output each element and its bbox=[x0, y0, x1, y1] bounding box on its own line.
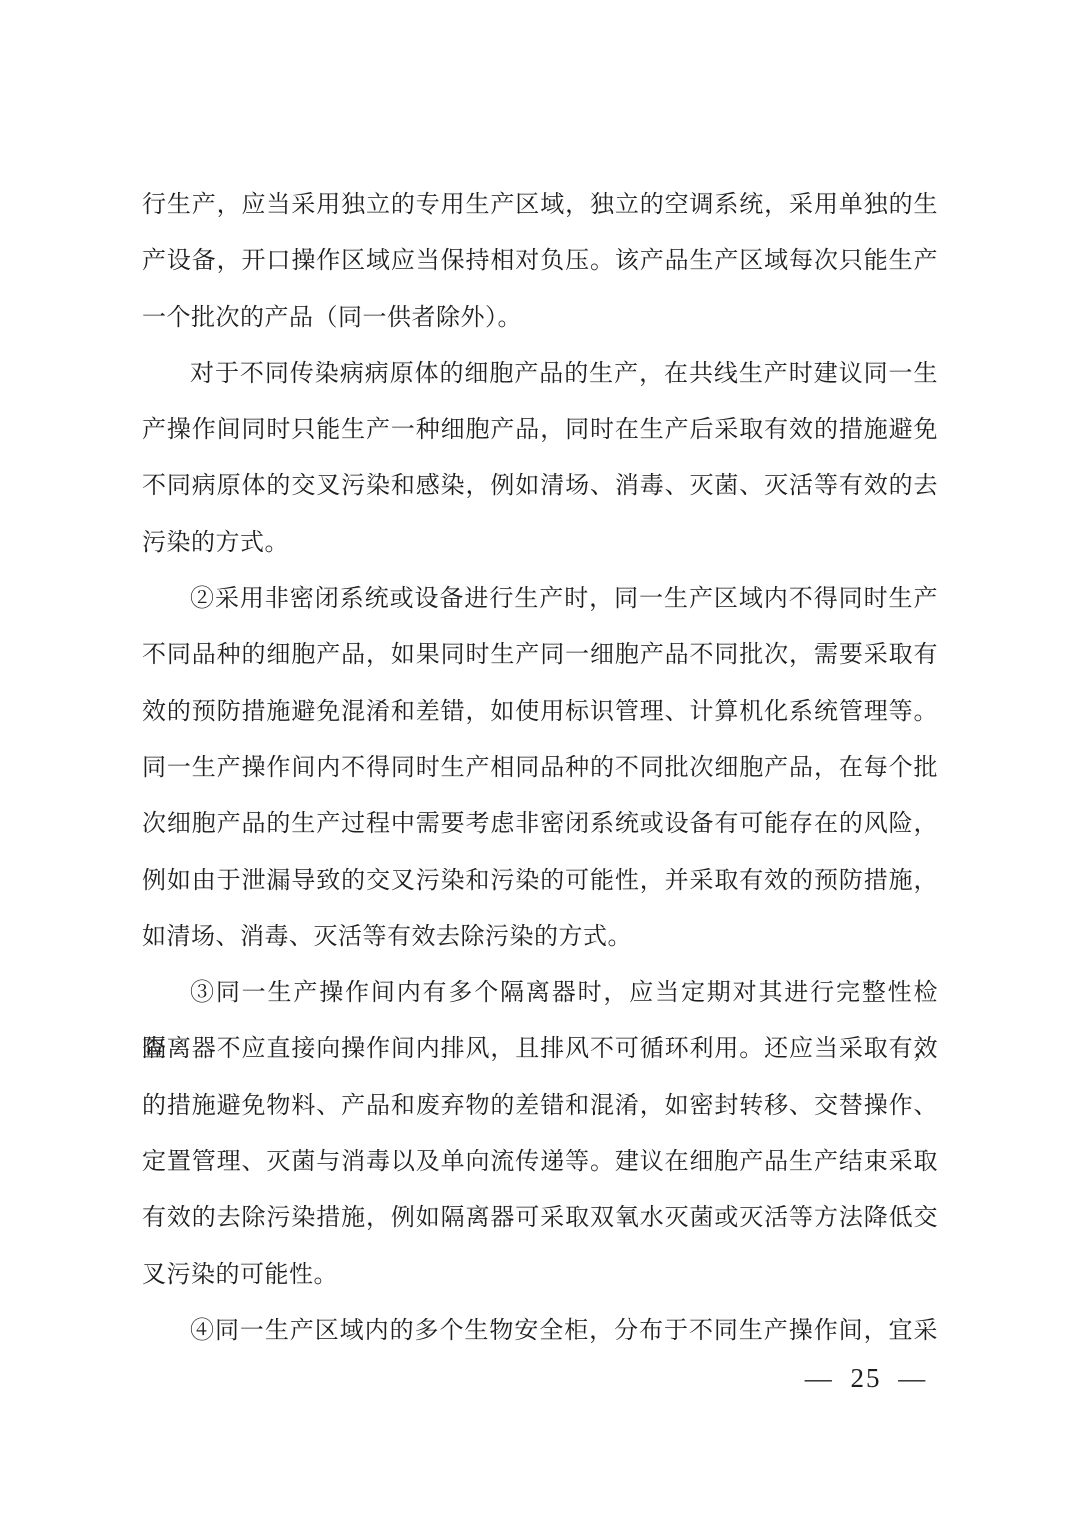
text-line: ③同一生产操作间内有多个隔离器时，应当定期对其进行完整性检查， bbox=[142, 965, 938, 1021]
text-line: 产操作间同时只能生产一种细胞产品，同时在生产后采取有效的措施避免 bbox=[142, 402, 938, 458]
text-line: 叉污染的可能性。 bbox=[142, 1247, 938, 1303]
page-number: — 25 — bbox=[760, 1358, 972, 1398]
text-line: 污染的方式。 bbox=[142, 515, 938, 571]
text-line: 定置管理、灭菌与消毒以及单向流传递等。建议在细胞产品生产结束采取 bbox=[142, 1134, 938, 1190]
text-line: 隔离器不应直接向操作间内排风，且排风不可循环利用。还应当采取有效 bbox=[142, 1021, 938, 1077]
text-line: 对于不同传染病病原体的细胞产品的生产，在共线生产时建议同一生 bbox=[142, 346, 938, 402]
text-line: 不同病原体的交叉污染和感染，例如清场、消毒、灭菌、灭活等有效的去 bbox=[142, 458, 938, 514]
text-line: 同一生产操作间内不得同时生产相同品种的不同批次细胞产品，在每个批 bbox=[142, 740, 938, 796]
text-line: 例如由于泄漏导致的交叉污染和污染的可能性，并采取有效的预防措施， bbox=[142, 853, 938, 909]
text-line: 不同品种的细胞产品，如果同时生产同一细胞产品不同批次，需要采取有 bbox=[142, 627, 938, 683]
text-line: ②采用非密闭系统或设备进行生产时，同一生产区域内不得同时生产 bbox=[142, 571, 938, 627]
document-page: 行生产，应当采用独立的专用生产区域，独立的空调系统，采用单独的生产设备，开口操作… bbox=[0, 0, 1080, 1526]
text-line: ④同一生产区域内的多个生物安全柜，分布于不同生产操作间，宜采 bbox=[142, 1303, 938, 1359]
text-line: 效的预防措施避免混淆和差错，如使用标识管理、计算机化系统管理等。 bbox=[142, 684, 938, 740]
text-line: 一个批次的产品（同一供者除外）。 bbox=[142, 290, 938, 346]
document-text: 行生产，应当采用独立的专用生产区域，独立的空调系统，采用单独的生产设备，开口操作… bbox=[142, 177, 938, 1359]
text-line: 次细胞产品的生产过程中需要考虑非密闭系统或设备有可能存在的风险， bbox=[142, 796, 938, 852]
text-line: 如清场、消毒、灭活等有效去除污染的方式。 bbox=[142, 909, 938, 965]
text-line: 行生产，应当采用独立的专用生产区域，独立的空调系统，采用单独的生 bbox=[142, 177, 938, 233]
text-line: 产设备，开口操作区域应当保持相对负压。该产品生产区域每次只能生产 bbox=[142, 233, 938, 289]
text-line: 的措施避免物料、产品和废弃物的差错和混淆，如密封转移、交替操作、 bbox=[142, 1078, 938, 1134]
text-line: 有效的去除污染措施，例如隔离器可采取双氧水灭菌或灭活等方法降低交 bbox=[142, 1190, 938, 1246]
